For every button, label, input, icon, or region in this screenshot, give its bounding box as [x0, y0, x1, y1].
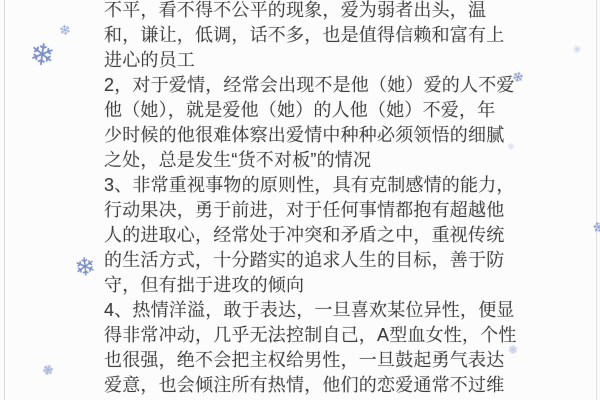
text-line: 的生活方式，十分踏实的追求人生的目标，善于防 — [104, 248, 508, 273]
text-line: 少时候的他很难体察出爱情中种种必须领悟的细腻 — [104, 123, 508, 148]
flake-left-middle-snowflake-icon: ❄ — [73, 254, 96, 281]
text-line: 和，谦让，低调，话不多，也是值得信赖和富有上 — [104, 23, 508, 48]
flake-small-top-left-snowflake-icon: ❄ — [58, 22, 72, 38]
article-text-block: 不平，看不得不公平的现象，爱为弱者出头，温和，谦让，低调，话不多，也是值得信赖和… — [104, 0, 508, 398]
page-left-edge-line — [4, 0, 5, 400]
text-line: 不平，看不得不公平的现象，爱为弱者出头，温 — [104, 0, 508, 23]
flake-dot-top-right-snowflake-icon: ❄ — [573, 46, 581, 55]
flake-left-bottom-snowflake-icon: ❄ — [40, 362, 55, 379]
text-line: 爱意，也会倾注所有热情，他们的恋爱通常不过维 — [104, 373, 508, 398]
flake-large-top-left-snowflake-icon: ❄ — [27, 39, 56, 72]
flake-faint-right-snowflake-icon: ❄ — [507, 143, 515, 152]
text-line: 也很强，绝不会把主权给男性，一旦鼓起勇气表达 — [104, 348, 508, 373]
text-line: 3、非常重视事物的原则性，具有克制感情的能力， — [104, 173, 508, 198]
text-line: 之处，总是发生“货不对板”的情况 — [104, 148, 508, 173]
text-line: 2，对于爱情，经常会出现不是他（她）爱的人不爱 — [104, 73, 508, 98]
text-line: 他（她），就是爱他（她）的人他（她）不爱，年 — [104, 98, 508, 123]
text-line: 得非常冲动，几乎无法控制自己，A型血女性，个性 — [104, 323, 508, 348]
text-line: 行动果决，勇于前进，对于任何事情都抱有超越他 — [104, 198, 508, 223]
text-line: 4、热情洋溢，敢于表达，一旦喜欢某位异性，便显 — [104, 298, 508, 323]
page-right-edge-line — [596, 0, 597, 400]
screenshot-root: 不平，看不得不公平的现象，爱为弱者出头，温和，谦让，低调，话不多，也是值得信赖和… — [0, 0, 600, 400]
text-line: 守，但有拙于进攻的倾向 — [104, 273, 508, 298]
text-line: 进心的员工 — [104, 48, 508, 73]
flake-right-lower-snowflake-icon: ❄ — [507, 343, 519, 357]
text-line: 人的进取心，经常处于冲突和矛盾之中，重视传统 — [104, 223, 508, 248]
